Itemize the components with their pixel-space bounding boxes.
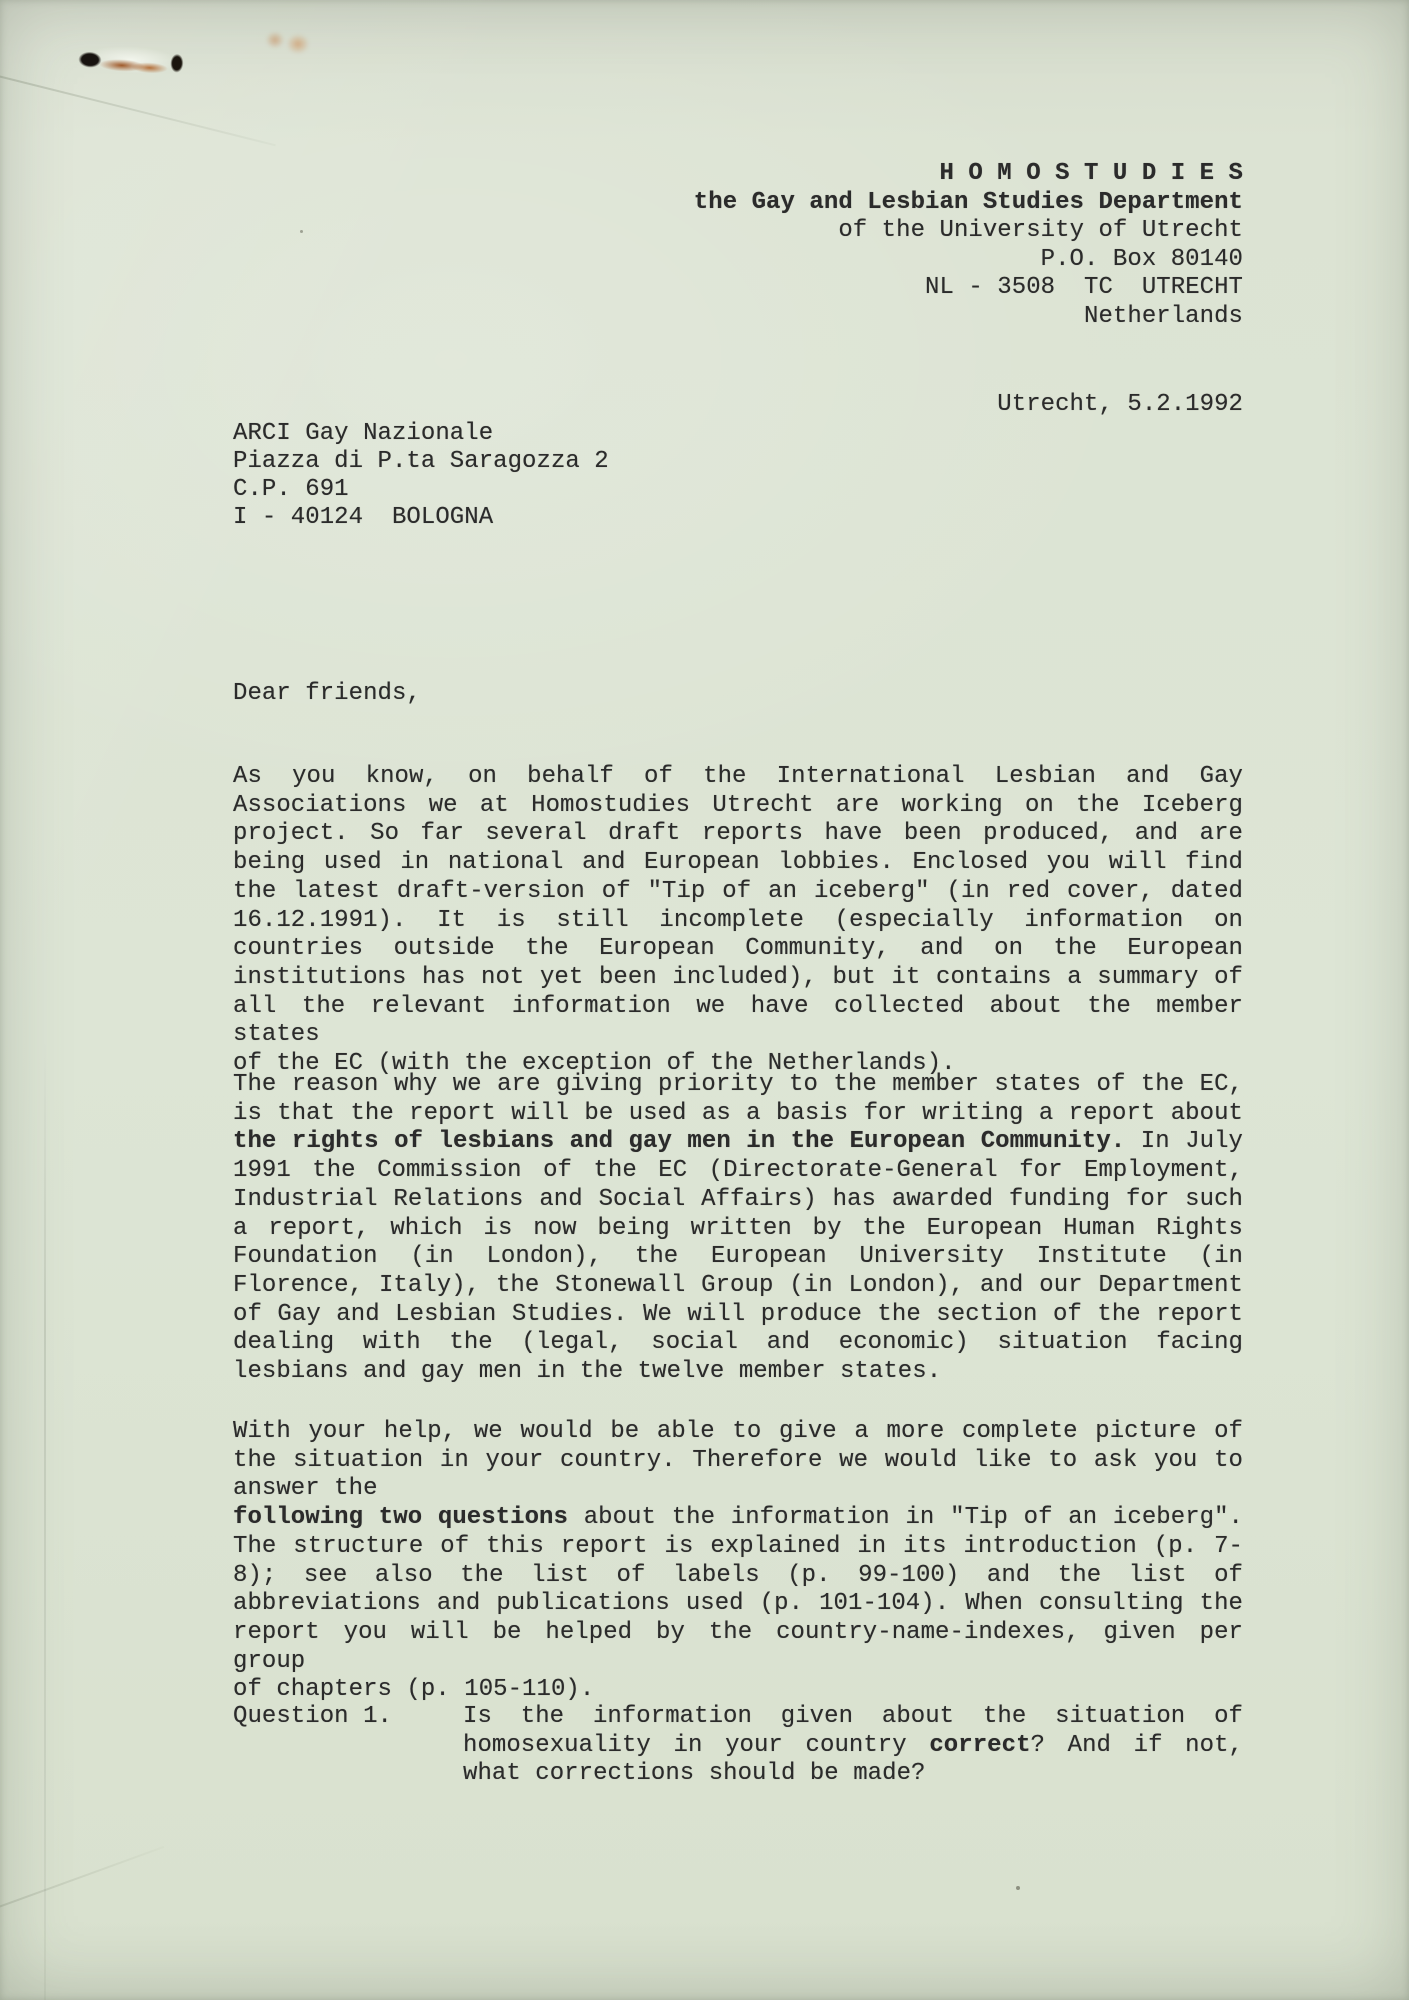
text-segment: all the relevant information we have col… (233, 993, 1243, 1049)
text-segment: of chapters (p. 105-110). (233, 1676, 594, 1703)
text-line: project. So far several draft reports ha… (233, 820, 1243, 849)
text-segment: of Gay and Lesbian Studies. We will prod… (233, 1301, 1243, 1328)
text-line: The structure of this report is explaine… (233, 1533, 1243, 1562)
paper-speck (1016, 1886, 1020, 1890)
bold-text-segment: the rights of lesbians and gay men in th… (233, 1128, 1125, 1155)
text-line: 8); see also the list of labels (p. 99-1… (233, 1562, 1243, 1591)
text-segment: about the information in "Tip of an iceb… (568, 1504, 1243, 1531)
text-segment: With your help, we would be able to give… (233, 1418, 1243, 1445)
paper-crease (0, 72, 276, 147)
text-line: institutions has not yet been included),… (233, 964, 1243, 993)
recipient-line: I - 40124 BOLOGNA (233, 504, 609, 532)
text-segment: ? And if not, (1031, 1732, 1243, 1759)
text-segment: the latest draft-version of "Tip of an i… (233, 878, 1243, 905)
text-segment: Industrial Relations and Social Affairs)… (233, 1186, 1243, 1213)
text-line: all the relevant information we have col… (233, 993, 1243, 1050)
text-segment: As you know, on behalf of the Internatio… (233, 763, 1243, 790)
text-segment: 8); see also the list of labels (p. 99-1… (233, 1562, 1243, 1589)
text-line: dealing with the (legal, social and econ… (233, 1329, 1243, 1358)
text-segment: is that the report will be used as a bas… (233, 1100, 1243, 1127)
text-line: Associations we at Homostudies Utrecht a… (233, 792, 1243, 821)
paper-crease (44, 1040, 46, 2000)
text-segment: dealing with the (legal, social and econ… (233, 1329, 1243, 1356)
dateline: Utrecht, 5.2.1992 (997, 391, 1243, 419)
text-segment: In July (1125, 1128, 1243, 1155)
text-line: report you will be helped by the country… (233, 1619, 1243, 1676)
text-segment: homosexuality in your country (463, 1732, 929, 1759)
text-segment: 16.12.1991). It is still incomplete (esp… (233, 907, 1243, 934)
letterhead-line: of the University of Utrecht (694, 217, 1243, 246)
text-line: of chapters (p. 105-110). (233, 1676, 1243, 1705)
text-segment: Florence, Italy), the Stonewall Group (i… (233, 1272, 1243, 1299)
text-line: The reason why we are giving priority to… (233, 1071, 1243, 1100)
text-segment: project. So far several draft reports ha… (233, 820, 1243, 847)
text-line: abbreviations and publications used (p. … (233, 1590, 1243, 1619)
text-segment: a report, which is now being written by … (233, 1215, 1243, 1242)
text-segment: 1991 the Commission of the EC (Directora… (233, 1157, 1243, 1184)
recipient-address: ARCI Gay NazionalePiazza di P.ta Saragoz… (233, 420, 609, 532)
text-segment: the situation in your country. Therefore… (233, 1447, 1243, 1474)
bold-text-segment: following two questions (233, 1504, 568, 1531)
text-line: the latest draft-version of "Tip of an i… (233, 878, 1243, 907)
tape-residue-artifact (75, 39, 193, 81)
letterhead-line: the Gay and Lesbian Studies Department (694, 189, 1243, 218)
text-segment: The reason why we are giving priority to… (233, 1071, 1243, 1098)
text-line: being used in national and European lobb… (233, 849, 1243, 878)
text-line: the situation in your country. Therefore… (233, 1447, 1243, 1476)
text-line: the rights of lesbians and gay men in th… (233, 1128, 1243, 1157)
text-segment: Foundation (in London), the European Uni… (233, 1243, 1243, 1270)
paper-speck (300, 230, 303, 233)
letterhead: H O M O S T U D I E Sthe Gay and Lesbian… (694, 160, 1243, 331)
text-segment: answer the (233, 1475, 378, 1502)
paragraph-two-questions: With your help, we would be able to give… (233, 1418, 1243, 1705)
text-segment: what corrections should be made? (463, 1760, 925, 1787)
text-line: what corrections should be made? (463, 1760, 1243, 1789)
recipient-line: ARCI Gay Nazionale (233, 420, 609, 448)
text-segment: The structure of this report is explaine… (233, 1533, 1243, 1560)
recipient-line: C.P. 691 (233, 476, 609, 504)
recipient-line: Piazza di P.ta Saragozza 2 (233, 448, 609, 476)
text-line: countries outside the European Community… (233, 935, 1243, 964)
text-line: answer the (233, 1475, 1243, 1504)
question-1-text: Is the information given about the situa… (463, 1703, 1243, 1789)
text-line: a report, which is now being written by … (233, 1215, 1243, 1244)
letterhead-line: P.O. Box 80140 (694, 246, 1243, 275)
text-segment: report you will be helped by the country… (233, 1619, 1243, 1675)
text-line: Is the information given about the situa… (463, 1703, 1243, 1732)
rust-stain-artifact (260, 22, 316, 62)
letterhead-line: H O M O S T U D I E S (694, 160, 1243, 189)
text-line: is that the report will be used as a bas… (233, 1100, 1243, 1129)
letterhead-line: Netherlands (694, 303, 1243, 332)
text-line: 1991 the Commission of the EC (Directora… (233, 1157, 1243, 1186)
text-line: Industrial Relations and Social Affairs)… (233, 1186, 1243, 1215)
text-line: lesbians and gay men in the twelve membe… (233, 1358, 1243, 1387)
question-1-label: Question 1. (233, 1703, 392, 1732)
text-segment: countries outside the European Community… (233, 935, 1243, 962)
text-segment: institutions has not yet been included),… (233, 964, 1243, 991)
text-segment: abbreviations and publications used (p. … (233, 1590, 1243, 1617)
text-segment: Associations we at Homostudies Utrecht a… (233, 792, 1243, 819)
bold-text-segment: correct (929, 1732, 1030, 1759)
text-line: following two questions about the inform… (233, 1504, 1243, 1533)
salutation: Dear friends, (233, 680, 421, 708)
text-segment: being used in national and European lobb… (233, 849, 1243, 876)
paragraph-iceberg-project: As you know, on behalf of the Internatio… (233, 763, 1243, 1079)
paper-crease (0, 1846, 164, 1916)
text-line: of Gay and Lesbian Studies. We will prod… (233, 1301, 1243, 1330)
text-line: Foundation (in London), the European Uni… (233, 1243, 1243, 1272)
scanned-letter-page: H O M O S T U D I E Sthe Gay and Lesbian… (0, 0, 1409, 2000)
text-line: homosexuality in your country correct? A… (463, 1732, 1243, 1761)
text-segment: lesbians and gay men in the twelve membe… (233, 1358, 941, 1385)
text-line: With your help, we would be able to give… (233, 1418, 1243, 1447)
paragraph-ec-report: The reason why we are giving priority to… (233, 1071, 1243, 1387)
text-line: 16.12.1991). It is still incomplete (esp… (233, 907, 1243, 936)
letterhead-line: NL - 3508 TC UTRECHT (694, 274, 1243, 303)
text-segment: Is the information given about the situa… (463, 1703, 1243, 1730)
text-line: As you know, on behalf of the Internatio… (233, 763, 1243, 792)
text-line: Florence, Italy), the Stonewall Group (i… (233, 1272, 1243, 1301)
